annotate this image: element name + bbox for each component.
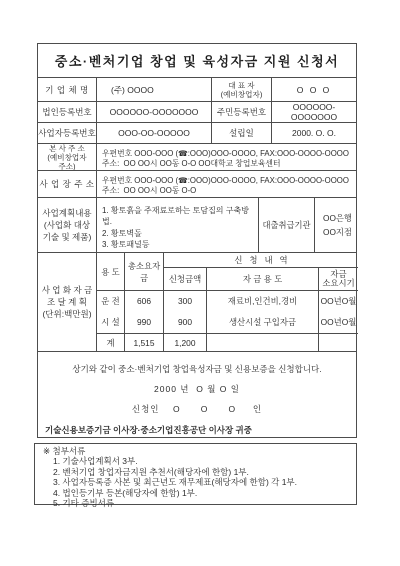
attachment-item: 4. 법인등기부 등본(해당자에 한함) 1부. — [35, 488, 356, 498]
attachment-item: 2. 벤처기업 창업자금지원 추천서(해당자에 한함) 1부. — [35, 467, 356, 477]
recipient-line: 기술신용보증기금 이사장·중소기업진흥공단 이사장 귀중 — [38, 424, 356, 436]
company-name-label: 기 업 체 명 — [38, 78, 96, 101]
table-row-cell: 재료비,인건비,경비 — [206, 290, 318, 311]
funding-table: 용 도 총소요자금 신 청 내 역 신청금액 자 금 용 도 자금 소요시기 운… — [96, 253, 358, 351]
col-header-purpose: 자 금 용 도 — [206, 267, 318, 290]
business-plan-items: 1. 황토흙을 주재료로하는 토담집의 구축방법. 2. 황토벽돌 3. 황토패… — [96, 198, 258, 252]
applicant-signature-line: 신청인 O O O 인 — [38, 403, 356, 415]
total-row-cell — [318, 333, 358, 352]
table-row-cell: 300 — [163, 290, 206, 311]
declaration-statement: 상기와 같이 중소·벤처기업 창업육성자금 및 신용보증을 신청합니다. — [38, 363, 356, 375]
table-row-cell: 606 — [124, 290, 163, 311]
biz-address-label: 사 업 장 주 소 — [38, 171, 96, 197]
table-row-cell: OO년O월 — [318, 311, 358, 333]
declaration-section: 상기와 같이 중소·벤처기업 창업육성자금 및 신용보증을 신청합니다. 200… — [38, 351, 356, 439]
biz-reg-label: 사업자등록번호 — [38, 123, 96, 143]
plan-item: 1. 황토흙을 주재료로하는 토담집의 구축방법. — [102, 205, 258, 228]
total-row-cell: 1,515 — [124, 333, 163, 352]
biz-address-row: 사 업 장 주 소 우편번호 OOO-OOO (☎:OOO)OOO-OOOO, … — [38, 170, 356, 197]
col-header-total: 총소요자금 — [124, 253, 163, 290]
col-header-amount: 신청금액 — [163, 267, 206, 290]
table-row-cell: 운 전 — [96, 290, 124, 311]
plan-item: 2. 황토벽돌 — [102, 228, 142, 240]
ceo-value: O O O — [271, 78, 356, 101]
table-row-cell: OO년O월 — [318, 290, 358, 311]
lender-value: OO은행 OO지점 — [314, 198, 356, 252]
ceo-label: 대 표 자 (예비창업자) — [211, 78, 271, 101]
corp-reg-label: 법인등록번호 — [38, 102, 96, 122]
table-row-cell: 시 설 — [96, 311, 124, 333]
page: { "title": "중소·벤처기업 창업 및 육성자금 지원 신청서", "… — [0, 0, 400, 566]
total-row-cell — [206, 333, 318, 352]
table-row-cell: 생산시설 구입자금 — [206, 311, 318, 333]
business-plan-row: 사업계획내용 (사업화 대상 기술 및 제품) 1. 황토흙을 주재료로하는 토… — [38, 197, 356, 252]
funding-plan-section: 사 업 화 자 금 조 달 계 획 (단위:백만원) 용 도 총소요자금 신 청… — [38, 252, 356, 351]
col-header-use: 용 도 — [96, 253, 124, 290]
col-header-timing: 자금 소요시기 — [318, 267, 358, 290]
biz-registration-row: 사업자등록번호 OOO-OO-OOOOO 설립일 2000. O. O. — [38, 122, 356, 143]
plan-item: 3. 황토패널등 — [102, 239, 150, 251]
resident-reg-label: 주민등록번호 — [211, 102, 271, 122]
hq-address-label: 본 사 주 소 (예비창업자 주소) — [38, 144, 96, 170]
total-row-cell: 1,200 — [163, 333, 206, 352]
biz-reg-value: OOO-OO-OOOOO — [96, 123, 211, 143]
attachment-item: 3. 사업자등록증 사본 및 최근년도 재무제표(해당자에 한함) 각 1부. — [35, 477, 356, 487]
attachment-item: 1. 기술사업계획서 3부. — [35, 456, 356, 466]
attachments-section: ※ 첨부서류 1. 기술사업계획서 3부. 2. 벤처기업 창업자금지원 추천서… — [34, 443, 357, 505]
business-plan-label: 사업계획내용 (사업화 대상 기술 및 제품) — [38, 198, 96, 252]
form-title: 중소·벤처기업 창업 및 육성자금 지원 신청서 — [38, 44, 356, 77]
declaration-date: 2000 년 O 월 O 일 — [38, 383, 356, 395]
founded-label: 설립일 — [211, 123, 271, 143]
biz-address-value: 우편번호 OOO-OOO (☎:OOO)OOO-OOOO, FAX:OOO-OO… — [96, 171, 356, 197]
application-form: 중소·벤처기업 창업 및 육성자금 지원 신청서 기 업 체 명 (주) OOO… — [37, 43, 357, 438]
corp-reg-value: OOOOOO-OOOOOOO — [96, 102, 211, 122]
attachment-item: 5. 기타 증빙서류 — [35, 498, 356, 508]
corp-registration-row: 법인등록번호 OOOOOO-OOOOOOO 주민등록번호 OOOOOO-OOOO… — [38, 101, 356, 122]
resident-reg-value: OOOOOO-OOOOOOO — [271, 102, 356, 122]
attachments-title: ※ 첨부서류 — [35, 446, 356, 456]
hq-address-row: 본 사 주 소 (예비창업자 주소) 우편번호 OOO-OOO (☎:OOO)O… — [38, 143, 356, 170]
table-row-cell: 990 — [124, 311, 163, 333]
company-name-value: (주) OOOO — [96, 78, 211, 101]
total-row-cell: 계 — [96, 333, 124, 352]
company-name-row: 기 업 체 명 (주) OOOO 대 표 자 (예비창업자) O O O — [38, 77, 356, 101]
col-header-request-group: 신 청 내 역 — [163, 253, 358, 267]
lender-label: 대출취급기관 — [258, 198, 314, 252]
hq-address-value: 우편번호 OOO-OOO (☎:OOO)OOO-OOOO, FAX:OOO-OO… — [96, 144, 356, 170]
founded-value: 2000. O. O. — [271, 123, 356, 143]
table-row-cell: 900 — [163, 311, 206, 333]
funding-plan-label: 사 업 화 자 금 조 달 계 획 (단위:백만원) — [38, 253, 96, 351]
